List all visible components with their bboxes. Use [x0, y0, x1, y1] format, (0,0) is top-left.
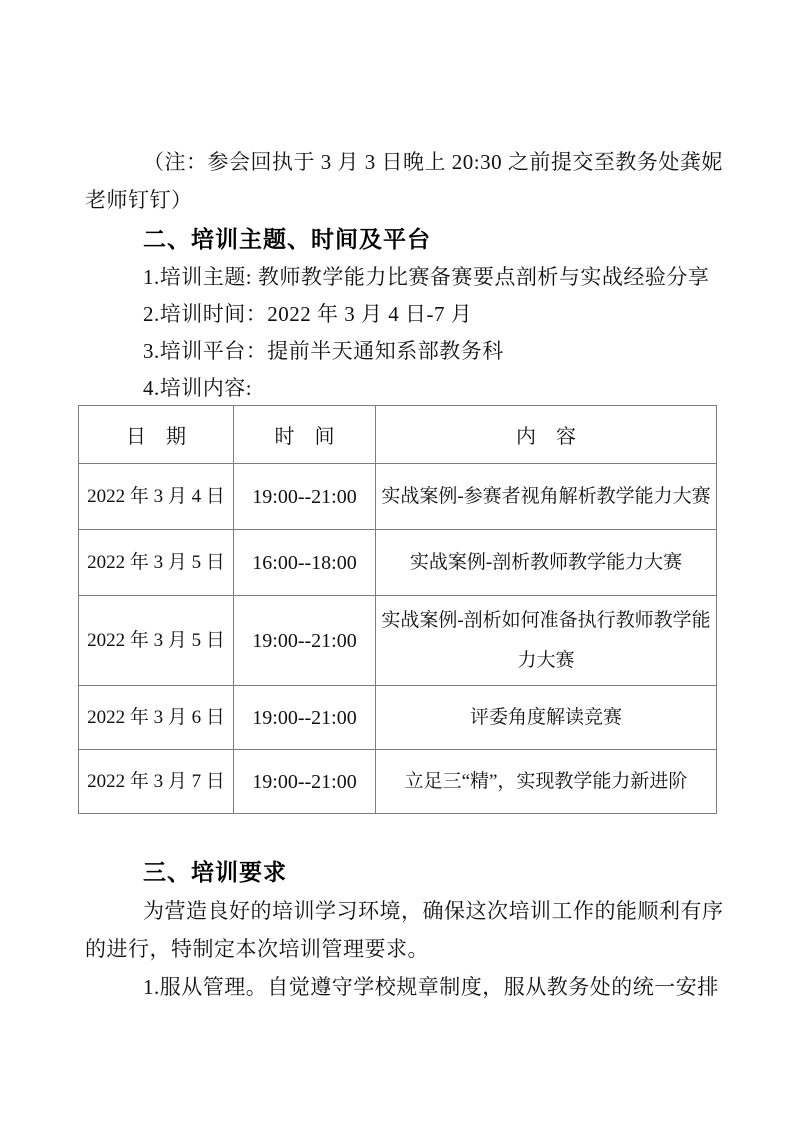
cell-line: 19:00--21:00: [236, 477, 373, 517]
cell-line: 力大赛: [378, 641, 714, 681]
cell-line: 评委角度解读竞赛: [378, 698, 714, 738]
cell-line: 2022 年 3 月 4 日: [81, 477, 231, 517]
date-cell: 2022 年 3 月 6 日: [79, 686, 234, 750]
cell-line: 立足三“精”，实现教学能力新进阶: [378, 762, 714, 802]
requirements-paragraph: 为营造良好的培训学习环境，确保这次培训工作的能顺利有序 的进行，特制定本次培训管…: [85, 892, 713, 1006]
table-row: 2022 年 3 月 5 日19:00--21:00实战案例-剖析如何准备执行教…: [79, 596, 717, 686]
cell-line: 实战案例-参赛者视角解析教学能力大赛: [378, 477, 714, 517]
content-cell: 实战案例-参赛者视角解析教学能力大赛: [376, 464, 717, 530]
cell-line: 19:00--21:00: [236, 698, 373, 738]
time-cell: 19:00--21:00: [234, 750, 376, 814]
requirements-paragraph-line-1: 为营造良好的培训学习环境，确保这次培训工作的能顺利有序: [85, 892, 713, 930]
date-cell: 2022 年 3 月 5 日: [79, 596, 234, 686]
content-cell: 立足三“精”，实现教学能力新进阶: [376, 750, 717, 814]
document-page: （注：参会回执于 3 月 3 日晚上 20:30 之前提交至教务处龚妮 老师钉钉…: [0, 0, 793, 1122]
requirement-item-1: 1.服从管理。自觉遵守学校规章制度，服从教务处的统一安排: [85, 968, 713, 1006]
date-cell: 2022 年 3 月 4 日: [79, 464, 234, 530]
table-body: 2022 年 3 月 4 日19:00--21:00实战案例-参赛者视角解析教学…: [79, 464, 717, 814]
list-item-training-topic: 1.培训主题: 教师教学能力比赛备赛要点剖析与实战经验分享: [85, 259, 713, 296]
table-row: 2022 年 3 月 4 日19:00--21:00实战案例-参赛者视角解析教学…: [79, 464, 717, 530]
cell-line: 2022 年 3 月 6 日: [81, 698, 231, 738]
table-header-row: 日 期 时 间 内 容: [79, 406, 717, 464]
table-header-content: 内 容: [376, 406, 717, 464]
cell-line: 19:00--21:00: [236, 621, 373, 661]
list-item-training-time: 2.培训时间：2022 年 3 月 4 日-7 月: [85, 296, 713, 333]
document-content: （注：参会回执于 3 月 3 日晚上 20:30 之前提交至教务处龚妮 老师钉钉…: [0, 0, 793, 1006]
cell-line: 19:00--21:00: [236, 762, 373, 802]
time-cell: 19:00--21:00: [234, 596, 376, 686]
list-item-training-content: 4.培训内容:: [85, 370, 713, 407]
section-heading-training-requirements: 三、培训要求: [85, 852, 713, 892]
cell-line: 16:00--18:00: [236, 543, 373, 583]
table-row: 2022 年 3 月 7 日19:00--21:00立足三“精”，实现教学能力新…: [79, 750, 717, 814]
note-paragraph: （注：参会回执于 3 月 3 日晚上 20:30 之前提交至教务处龚妮 老师钉钉…: [85, 143, 713, 219]
training-schedule-table: 日 期 时 间 内 容 2022 年 3 月 4 日19:00--21:00实战…: [78, 405, 717, 814]
cell-line: 2022 年 3 月 7 日: [81, 762, 231, 802]
time-cell: 16:00--18:00: [234, 530, 376, 596]
time-cell: 19:00--21:00: [234, 464, 376, 530]
section-heading-training-topics: 二、培训主题、时间及平台: [85, 219, 713, 259]
training-info-list: 1.培训主题: 教师教学能力比赛备赛要点剖析与实战经验分享 2.培训时间：202…: [85, 259, 713, 407]
time-cell: 19:00--21:00: [234, 686, 376, 750]
content-cell: 评委角度解读竞赛: [376, 686, 717, 750]
cell-line: 2022 年 3 月 5 日: [81, 621, 231, 661]
table-header-time: 时 间: [234, 406, 376, 464]
note-line-1: （注：参会回执于 3 月 3 日晚上 20:30 之前提交至教务处龚妮: [85, 143, 713, 181]
note-line-2: 老师钉钉）: [85, 181, 713, 219]
table-header-date: 日 期: [79, 406, 234, 464]
list-item-training-platform: 3.培训平台：提前半天通知系部教务科: [85, 333, 713, 370]
date-cell: 2022 年 3 月 7 日: [79, 750, 234, 814]
content-cell: 实战案例-剖析教师教学能力大赛: [376, 530, 717, 596]
cell-line: 实战案例-剖析如何准备执行教师教学能: [378, 601, 714, 641]
cell-line: 实战案例-剖析教师教学能力大赛: [378, 543, 714, 583]
table-row: 2022 年 3 月 5 日16:00--18:00实战案例-剖析教师教学能力大…: [79, 530, 717, 596]
date-cell: 2022 年 3 月 5 日: [79, 530, 234, 596]
content-cell: 实战案例-剖析如何准备执行教师教学能力大赛: [376, 596, 717, 686]
cell-line: 2022 年 3 月 5 日: [81, 543, 231, 583]
requirements-paragraph-line-2: 的进行，特制定本次培训管理要求。: [85, 930, 713, 968]
table-row: 2022 年 3 月 6 日19:00--21:00评委角度解读竞赛: [79, 686, 717, 750]
